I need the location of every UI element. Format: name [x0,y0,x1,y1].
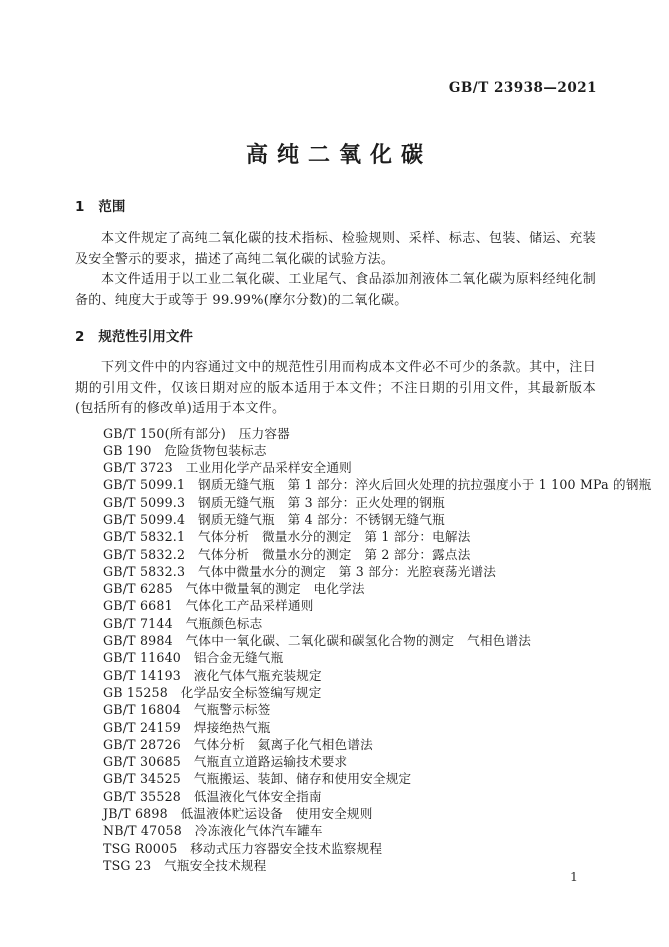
reference-item: GB/T 14193 液化气体气瓶充装规定 [75,667,596,684]
page-number: 1 [570,869,578,884]
reference-item: GB/T 5099.4 钢质无缝气瓶 第 4 部分：不锈钢无缝气瓶 [75,511,596,528]
section-title: 规范性引用文件 [98,329,193,345]
reference-list: GB/T 150(所有部分) 压力容器 GB 190 危险货物包装标志 GB/T… [75,425,596,875]
section-number: 1 [75,199,84,215]
reference-item: GB/T 3723 工业用化学产品采样安全通则 [75,459,596,476]
reference-item: GB/T 6681 气体化工产品采样通则 [75,597,596,614]
scope-paragraph: 本文件规定了高纯二氧化碳的技术指标、检验规则、采样、标志、包装、储运、充装及安全… [75,229,596,270]
document-body: 1范围 本文件规定了高纯二氧化碳的技术指标、检验规则、采样、标志、包装、储运、充… [75,198,596,874]
reference-item: GB/T 28726 气体分析 氦离子化气相色谱法 [75,736,596,753]
reference-item: GB/T 34525 气瓶搬运、装卸、储存和使用安全规定 [75,770,596,787]
reference-item: TSG R0005 移动式压力容器安全技术监察规程 [75,840,596,857]
reference-item: GB/T 8984 气体中一氧化碳、二氧化碳和碳氢化合物的测定 气相色谱法 [75,632,596,649]
reference-item: GB/T 6285 气体中微量氧的测定 电化学法 [75,580,596,597]
reference-item: GB/T 35528 低温液化气体安全指南 [75,788,596,805]
reference-item: GB/T 7144 气瓶颜色标志 [75,615,596,632]
reference-item: GB/T 24159 焊接绝热气瓶 [75,719,596,736]
reference-item: GB/T 5832.3 气体中微量水分的测定 第 3 部分：光腔衰荡光谱法 [75,563,596,580]
reference-item: GB/T 5099.1 钢质无缝气瓶 第 1 部分：淬火后回火处理的抗拉强度小于… [75,476,596,493]
reference-item: GB/T 5832.2 气体分析 微量水分的测定 第 2 部分：露点法 [75,546,596,563]
document-page: GB/T 23938—2021 高纯二氧化碳 1范围 本文件规定了高纯二氧化碳的… [0,0,669,947]
reference-item: NB/T 47058 冷冻液化气体汽车罐车 [75,822,596,839]
scope-paragraph: 本文件适用于以工业二氧化碳、工业尾气、食品添加剂液体二氧化碳为原料经纯化制备的、… [75,270,596,311]
reference-item: TSG 23 气瓶安全技术规程 [75,857,596,874]
reference-item: GB/T 5832.1 气体分析 微量水分的测定 第 1 部分：电解法 [75,528,596,545]
standard-number: GB/T 23938—2021 [449,80,597,96]
references-intro-paragraph: 下列文件中的内容通过文中的规范性引用而构成本文件必不可少的条款。其中，注日期的引… [75,358,596,420]
reference-item: GB/T 30685 气瓶直立道路运输技术要求 [75,753,596,770]
reference-item: GB/T 16804 气瓶警示标签 [75,701,596,718]
reference-item: JB/T 6898 低温液体贮运设备 使用安全规则 [75,805,596,822]
section-heading-scope: 1范围 [75,198,596,216]
reference-item: GB/T 5099.3 钢质无缝气瓶 第 3 部分：正火处理的钢瓶 [75,494,596,511]
reference-item: GB/T 150(所有部分) 压力容器 [75,425,596,442]
reference-item: GB/T 11640 铝合金无缝气瓶 [75,649,596,666]
reference-item: GB 190 危险货物包装标志 [75,442,596,459]
reference-item: GB 15258 化学品安全标签编写规定 [75,684,596,701]
section-title: 范围 [98,199,125,215]
document-title: 高纯二氧化碳 [0,138,669,169]
section-heading-normative-references: 2规范性引用文件 [75,328,596,346]
section-number: 2 [75,329,84,345]
